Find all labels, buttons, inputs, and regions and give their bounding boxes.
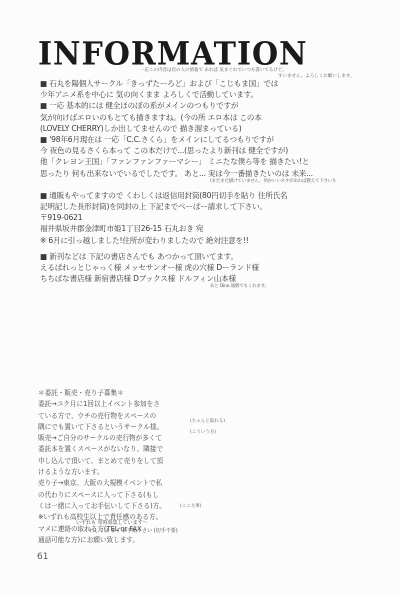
text-line: 思ったり 何も出来ないでいるでしたです。 あと... 実は今一番描きたいのは 未… [40,168,335,179]
footer-note: いずれも 常時募集しています～ くわしくは まず お手紙下さい (切手不要) [76,519,178,535]
shop-list: ちちばな書店様 新宿書店様 Dブックス様 ドルフィン山本様 [40,273,335,284]
recruitment-heading: ＊委託・販売・売り子募集＊ [38,388,166,399]
side-annotation: (ちゃんと取れる) [190,418,225,424]
address: 福井県坂井郡金津町市姫1丁目26-15 石丸おき 宛 [40,223,335,234]
text-line: 気が向けばエロいのもとても描きますね。(今の所 エロ本は この本 [40,112,335,123]
postal-code: 〒919-0621 [40,212,335,223]
side-annotation: (ここ大事) [180,503,202,509]
text-line: けるような方います。 [38,467,166,478]
text-line: 他「クレヨン王国」「ファンファンファーマシー」 ミニたな僕ら等を 描きたい!と [40,156,335,167]
page-number: 61 [37,552,48,562]
text-line: ている方で、ウチの売行物をスペースの [38,411,166,422]
title-annotation: 一応この内容は次の人の情報で あれば 気まぐれでいつも書いてるけど。 [140,67,287,73]
text-line: ■ '98年6月現在は 一応「C.C.さくら」をメインにしてるつもりですが [40,134,335,145]
text-line: 申し込んで頂いて、まとめて売りをして頂 [38,456,166,467]
text-line: 通話可能な方)にお願い致します。 [38,535,166,546]
text-line: くわしくは まず お手紙下さい (切手不要) [76,527,178,535]
text-line: 記明記した長形封筒)を同封の上 下記までぺーぱー請求して下さい。 [40,201,335,212]
text-line: ■ 一応 基本的には 健全ほのぼの系がメインのつもりですが [40,100,335,111]
handwritten-notes: ■ 石丸を陽個人サークル「きっずたーろど」および「こじもま国」では 少年アニメ系… [40,78,335,290]
text-line: ■ 通販もやってますので くわしくは返信用封筒(80円切手を貼り 住所氏名 [40,190,335,201]
annotation: あと Dino 通販でもくれます。 [40,284,335,290]
text-line: 今 夜色の見るさくら本って この本だけで...(思ったより新刊は 健全ですが) [40,145,335,156]
text-line: ■ 新刊などは 下記の書店さんでも あつかって頂いてます。 [40,251,335,262]
shop-list: えるぱれっとじゃっく様 メッセサンオー様 虎の穴様 Dーランド様 [40,262,335,273]
text-line: ※ 6月に引っ越しました!住所が変わりましたので 絶対注意を!! [40,235,335,246]
text-line: くは一緒に入ってお手伝いして下さる)方。 [38,501,166,512]
text-line: 売り子→東京、大阪の大規模イベントで私 [38,478,166,489]
text-line: いずれも 常時募集しています～ [76,519,178,527]
text-line: 少年アニメ系を中心に 気の向くまま よろしくで活動しています。 [40,89,335,100]
text-line: 隅にでも置いて下さるというサークル様。 [38,422,166,433]
text-line: 販売→ご自分のサークルの売行物が多くて [38,433,166,444]
text-line: ■ 石丸を陽個人サークル「きっずたーろど」および「こじもま国」では [40,78,335,89]
text-line: 委託→ユク月に1回以上イベント参加をさ [38,399,166,410]
side-annotation: (こういう方) [190,429,216,435]
document-page: INFORMATION 一応この内容は次の人の情報で あれば 気まぐれでいつも書… [0,0,400,595]
text-line: 委託本を置くスペースがないなり、隣接で [38,444,166,455]
text-line: (LOVELY CHERRY)しか出してませんので 描き溜まっている) [40,123,335,134]
text-line: の代わりにスペースに入って下さる(もし [38,490,166,501]
